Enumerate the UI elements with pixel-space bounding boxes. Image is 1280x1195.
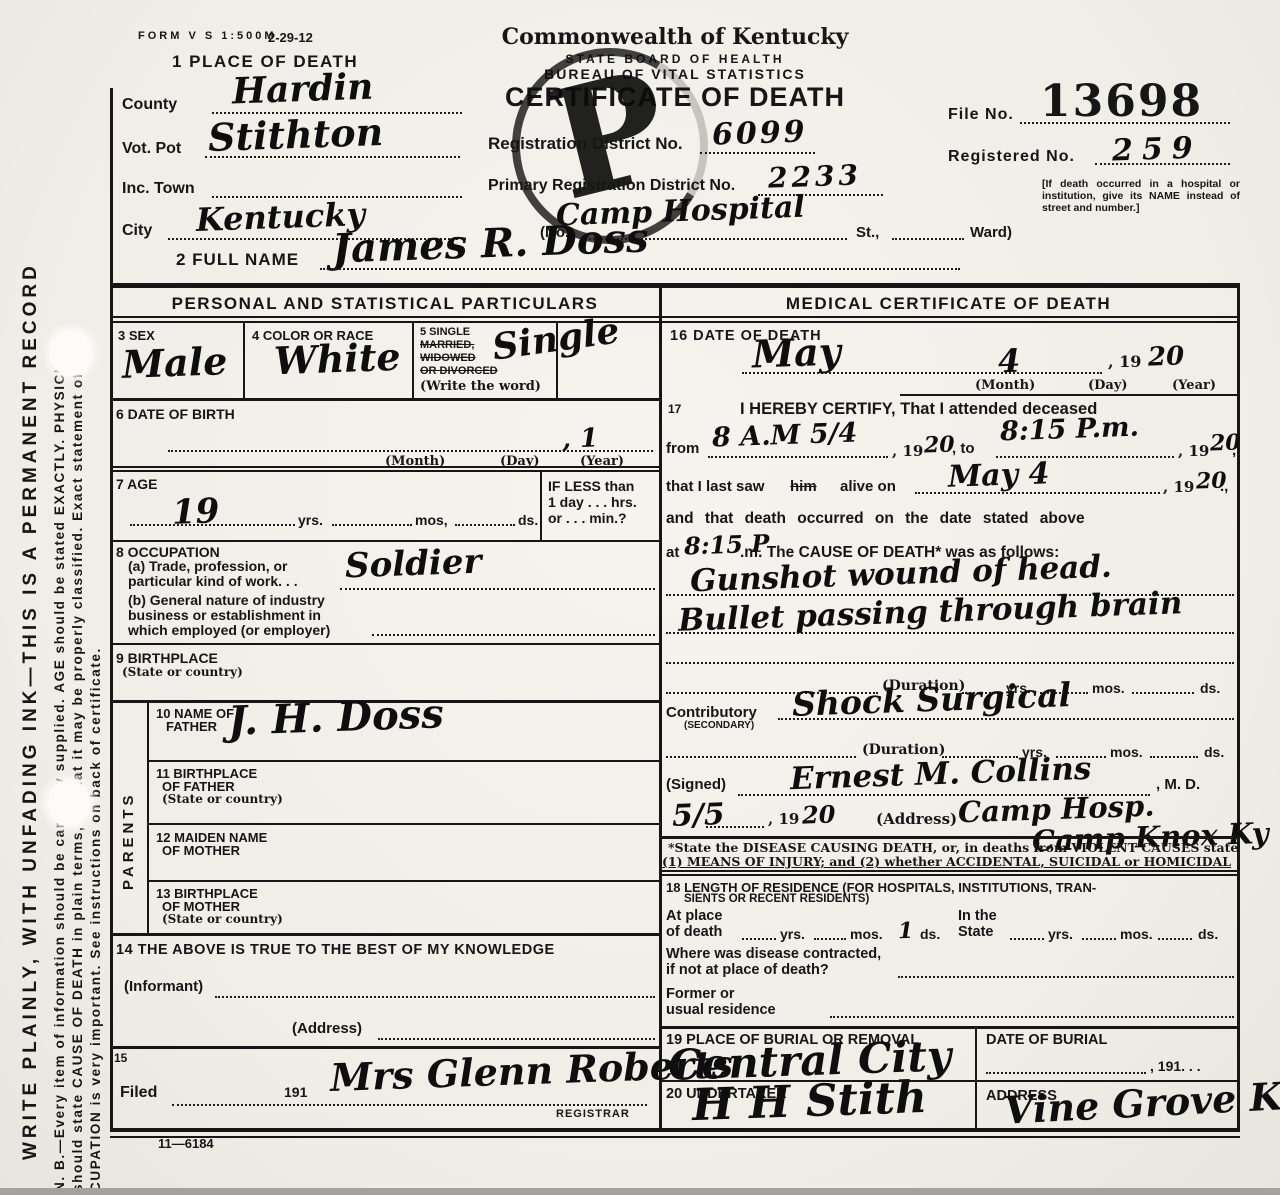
lastsaw-year-printed: , 19 [1163,478,1194,496]
instate-yrs: yrs. [1048,926,1073,942]
dod-year-value: 20 [1147,341,1184,372]
sign-date-value: 5/5 [671,797,725,834]
informant-label: (Informant) [124,978,203,995]
occurred-statement: and that death occurred on the date stat… [666,510,1085,528]
to-comma: , [1232,442,1236,459]
registration-district-line [700,152,815,154]
parents-r10-rule [147,760,660,762]
full-name-label: 2 FULL NAME [176,250,299,270]
atplace-dots2 [814,938,846,940]
sign-address-label: (Address) [876,810,957,828]
parents-r11-rule [147,823,660,825]
center-divider [659,283,662,1132]
lastsaw-value: May 4 [947,456,1050,495]
former-label2: usual residence [666,1002,776,1018]
duration2-dots3 [1150,756,1198,758]
atplace-yrs: yrs. [780,926,805,942]
contributory-value: Shock Surgical [791,675,1071,724]
dob-value: , 1 [561,423,598,454]
occupation-value: Soldier [344,542,482,587]
atplace-days-value: 1 [898,918,914,945]
from-year-printed: , 19 [892,442,923,460]
instate-dots2 [1082,938,1116,940]
parents-bottom [110,933,660,936]
age-yrs-label: yrs. [298,512,323,528]
mother-bp-label3: (State or country) [162,912,283,926]
to-year-printed: , 19 [1178,442,1209,460]
precinct-value: Stithton [207,109,384,160]
informant-address-line [378,1038,655,1040]
personal-section-title: PERSONAL AND STATISTICAL PARTICULARS [110,294,660,314]
margin-nb-note-line2: should state CAUSE OF DEATH in plain ter… [70,337,85,1192]
atplace-mos: mos. [850,926,883,942]
ifless-line1: IF LESS than [548,478,634,494]
lastsaw-period: ., [1220,478,1228,495]
filed-year: 191 [284,1084,307,1100]
street-label: St., [856,224,879,241]
registration-district-value: 6099 [711,114,808,152]
form-code: FORM V S 1:500M [138,30,277,42]
duration1-ds: ds. [1200,680,1220,696]
top-heavy-border [110,283,1240,288]
instate-label2: State [958,924,993,940]
lastsaw-him: him [790,478,817,495]
age-value: 19 [171,491,220,533]
cause-line3 [666,662,1234,664]
dod-year-printed: , 19 [1108,352,1141,371]
dod-month-value: May [751,328,841,376]
marital-label-5: (Write the word) [420,379,541,394]
lastsaw-text1: that I last saw [666,478,764,495]
contributory-label: Contributory [666,704,757,721]
left-border [110,88,113,1132]
duration2-ds: ds. [1204,744,1224,760]
plate-number: 11—6184 [158,1136,214,1151]
full-name-value: James R. Doss [331,214,649,272]
sign-year-printed: , 19 [768,810,799,828]
right-header-rule2 [660,321,1237,323]
age-label: 7 AGE [116,476,158,492]
informant-address-label: (Address) [292,1020,362,1037]
footnote-rule1 [660,870,1237,872]
row345-bottom [110,398,660,401]
contributory-line [778,718,1234,720]
signed-label: (Signed) [666,776,726,793]
birthplace-label: 9 BIRTHPLACE [116,650,218,666]
from-value: 8 A.M 5/4 [712,417,858,453]
truth-statement: 14 THE ABOVE IS TRUE TO THE BEST OF MY K… [116,942,555,958]
form-revision-date: 2-29-12 [268,30,313,45]
instate-label1: In the [958,908,997,924]
right-header-rule1 [660,316,1237,318]
bottom-border-2 [110,1136,1240,1138]
ward-line [892,238,964,240]
sign-date-dots [706,826,764,828]
residence-label2: SIENTS OR RECENT RESIDENTS) [684,893,869,905]
instate-ds: ds. [1198,926,1218,942]
age-line3 [455,524,515,526]
full-name-line [320,268,960,270]
mother-name-label2: OF MOTHER [162,843,240,858]
registered-no-line [1095,163,1230,165]
occupation-a2: particular kind of work. . . [128,573,298,589]
duration2-lead [666,756,856,758]
from-label: from [666,440,699,457]
state-board-line: STATE BOARD OF HEALTH [440,52,910,66]
parents-label: PARENTS [120,791,137,890]
item17-number: 17 [668,402,681,416]
hospital-note: [If death occurred in a hospital or inst… [1042,178,1240,214]
informant-line [215,996,655,998]
instate-dots1 [1010,938,1044,940]
md-label: , M. D. [1156,776,1200,793]
occupation-a-line [340,588,655,590]
commonwealth-text: Commonwealth of Kentucky [502,24,849,50]
occupation-b2: business or establishment in [128,607,321,623]
father-bp-label3: (State or country) [162,792,283,806]
to-year-value: 20 [1210,429,1242,456]
ward-label: Ward) [970,224,1012,241]
former-label1: Former or [666,986,735,1002]
margin-permanent-record-note: WRITE PLAINLY, WITH UNFADING INK—THIS IS… [20,262,42,1160]
age-ds-label: ds. [518,512,538,528]
age-line1 [130,524,295,526]
item15-number: 15 [114,1051,127,1065]
to-label: , to [952,440,975,457]
instate-mos: mos. [1120,926,1153,942]
dod-day-value: 4 [997,342,1021,381]
contracted-line [898,976,1234,978]
right-border [1237,283,1240,1132]
at-label: at [666,544,679,561]
birthplace-sub: (State or country) [122,665,243,679]
burial-date-label: DATE OF BURIAL [986,1032,1107,1048]
contracted-label2: if not at place of death? [666,962,829,978]
registered-no-label: Registered No. [948,148,1075,166]
file-no-line [1020,122,1230,124]
footnote-top-rule [660,836,1237,839]
primary-district-value: 2233 [767,158,862,194]
undertaker-value: H H Stith [691,1072,928,1131]
row6-rule1 [110,466,660,468]
primary-district-label: Primary Registration District No. [488,177,735,195]
row7-bottom [110,540,660,542]
dob-label: 6 DATE OF BIRTH [116,406,235,422]
file-no-label: File No. [948,106,1014,124]
age-line2 [332,524,412,526]
burial-cell-divider [975,1026,977,1132]
margin-nb-note-line3: CUPATION is very important. See instruct… [88,647,103,1192]
lastsaw-text2: alive on [840,478,896,495]
punch-hole-top [50,330,92,376]
margin-nb-note-line1: N. B.—Every item of information should b… [52,334,67,1192]
atplace-ds: ds. [920,926,940,942]
secondary-label: (SECONDARY) [684,720,754,731]
filed-label: Filed [120,1084,157,1102]
duration1-dots3 [1132,692,1194,694]
father-name-label2: FATHER [166,719,217,734]
footnote-line2: (1) MEANS OF INJURY; and (2) whether ACC… [662,854,1231,869]
inc-town-label: Inc. Town [122,180,195,198]
file-no-value: 13698 [1040,76,1203,127]
age-mos-label: mos, [415,512,448,528]
ifless-line3: or . . . min.? [548,510,627,526]
row16-underline [900,394,1237,396]
occupation-b3: which employed (or employer) [128,622,330,638]
father-name-value: J. H. Doss [227,690,444,745]
medical-section-title: MEDICAL CERTIFICATE OF DEATH [660,294,1237,314]
dod-month-label: (Month) [975,378,1035,393]
cause-line2 [666,632,1234,634]
lastsaw-line [915,492,1160,494]
marital-label-1: 5 SINGLE [420,326,470,338]
punch-hole-bottom [48,780,90,826]
from-line [708,456,888,458]
footnote-rule2 [660,874,1237,876]
row6-rule2 [110,470,660,472]
commonwealth-title: Commonwealth of Kentucky [440,24,910,50]
sex-value: Male [121,338,228,387]
cell-divider-marital [556,321,558,400]
death-certificate-scan: WRITE PLAINLY, WITH UNFADING INK—THIS IS… [0,0,1280,1195]
precinct-label: Vot. Pot [122,140,181,158]
scan-edge-band [0,1188,1280,1195]
parents-r12-rule [147,880,660,882]
duration2-mos: mos. [1110,744,1143,760]
city-label: City [122,222,152,240]
county-value: Hardin [231,66,374,113]
instate-dots3 [1158,938,1192,940]
duration1-mos: mos. [1092,680,1125,696]
ifless-line2: 1 day . . . hrs. [548,494,637,510]
marital-label-4: OR DIVORCED [420,365,498,377]
sign-year-value: 20 [802,799,836,829]
former-line [830,1016,1234,1018]
atplace-dots1 [742,938,776,940]
occupation-b1: (b) General nature of industry [128,592,325,608]
row8-rule1 [110,643,660,645]
dod-year-label: (Year) [1172,378,1216,393]
occupation-b-line [372,634,655,636]
occupation-a1: (a) Trade, profession, or [128,558,287,574]
atplace-label1: At place [666,908,722,924]
dod-line [742,372,1102,374]
registrar-label: REGISTRAR [556,1108,630,1120]
atplace-label2: of death [666,924,722,940]
parents-cell-divider [147,700,149,933]
row19-top [660,1026,1237,1029]
ifless-box-left [540,470,542,540]
dod-day-label: (Day) [1088,378,1128,393]
burial-date-year: , 191. . . [1150,1058,1201,1074]
cell-divider-sex [243,321,245,400]
county-label: County [122,96,177,114]
to-value: 8:15 P.m. [1000,412,1140,448]
marital-label-3: WIDOWED [420,352,476,364]
race-value: White [273,334,401,383]
registration-district-label: Registration District No. [488,134,683,154]
filed-line [172,1104,647,1106]
contracted-label1: Where was disease contracted, [666,946,881,962]
from-year-value: 20 [924,431,956,458]
burial-date-line [986,1072,1146,1074]
marital-label-2: MARRIED, [420,339,474,351]
cell-divider-race [412,321,414,400]
precinct-line [205,156,460,158]
footnote-line1: *State the DISEASE CAUSING DEATH, or, in… [668,840,1238,855]
